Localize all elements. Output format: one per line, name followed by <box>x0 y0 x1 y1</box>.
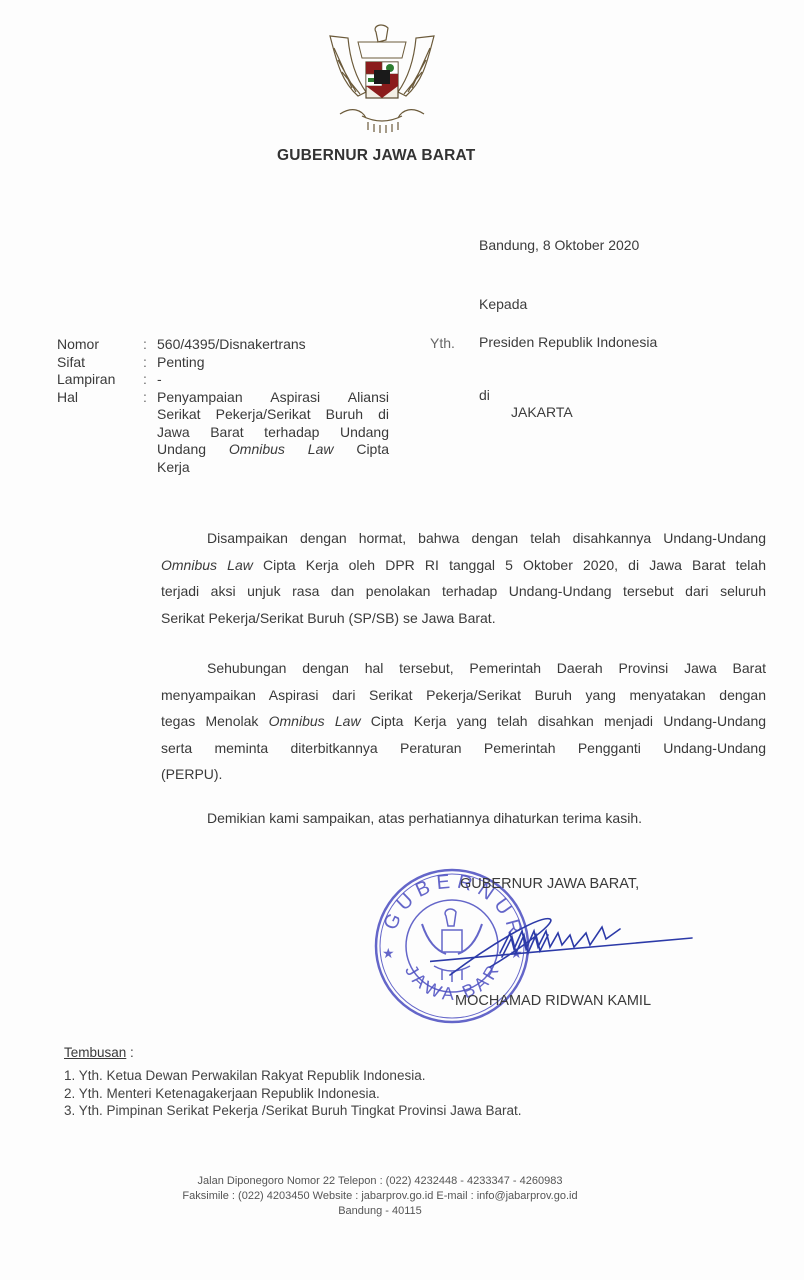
tembusan-heading: Tembusan : <box>64 1045 134 1060</box>
body-paragraph-2: Sehubungan dengan hal tersebut, Pemerint… <box>161 655 766 788</box>
meta-sifat: Sifat : Penting <box>57 354 389 372</box>
letter-footer: Jalan Diponegoro Nomor 22 Telepon : (022… <box>140 1174 620 1219</box>
body-paragraph-closing: Demikian kami sampaikan, atas perhatiann… <box>161 805 766 832</box>
garuda-emblem-icon <box>322 18 442 136</box>
letterhead-title: GUBERNUR JAWA BARAT <box>277 147 475 165</box>
footer-address: Jalan Diponegoro Nomor 22 Telepon : (022… <box>140 1174 620 1189</box>
recipient-kepada: Kepada <box>479 296 527 312</box>
recipient-di: di <box>479 387 490 403</box>
list-item: 3. Yth. Pimpinan Serikat Pekerja /Serika… <box>64 1102 521 1120</box>
list-item: 2. Yth. Menteri Ketenagakerjaan Republik… <box>64 1085 521 1103</box>
list-item: 1. Yth. Ketua Dewan Perwakilan Rakyat Re… <box>64 1067 521 1085</box>
footer-city: Bandung - 40115 <box>140 1204 620 1219</box>
recipient-city: JAKARTA <box>511 404 573 420</box>
letter-meta: Nomor : 560/4395/Disnakertrans Sifat : P… <box>57 336 389 476</box>
signatory-name: MOCHAMAD RIDWAN KAMIL <box>455 993 651 1009</box>
place-date: Bandung, 8 Oktober 2020 <box>479 237 639 253</box>
meta-lampiran: Lampiran : - <box>57 371 389 389</box>
hal-value: Penyampaian Aspirasi Aliansi Serikat Pek… <box>157 389 389 477</box>
svg-text:★: ★ <box>382 945 395 961</box>
recipient-yth: Yth. <box>430 335 455 351</box>
signature-title: GUBERNUR JAWA BARAT, <box>460 876 639 892</box>
tembusan-list: 1. Yth. Ketua Dewan Perwakilan Rakyat Re… <box>64 1067 521 1120</box>
handwritten-signature-icon <box>430 905 700 985</box>
meta-nomor: Nomor : 560/4395/Disnakertrans <box>57 336 389 354</box>
body-paragraph-1: Disampaikan dengan hormat, bahwa dengan … <box>161 525 766 631</box>
meta-hal: Hal : Penyampaian Aspirasi Aliansi Serik… <box>57 389 389 477</box>
recipient-name: Presiden Republik Indonesia <box>479 334 657 350</box>
footer-contact: Faksimile : (022) 4203450 Website : jaba… <box>140 1189 620 1204</box>
